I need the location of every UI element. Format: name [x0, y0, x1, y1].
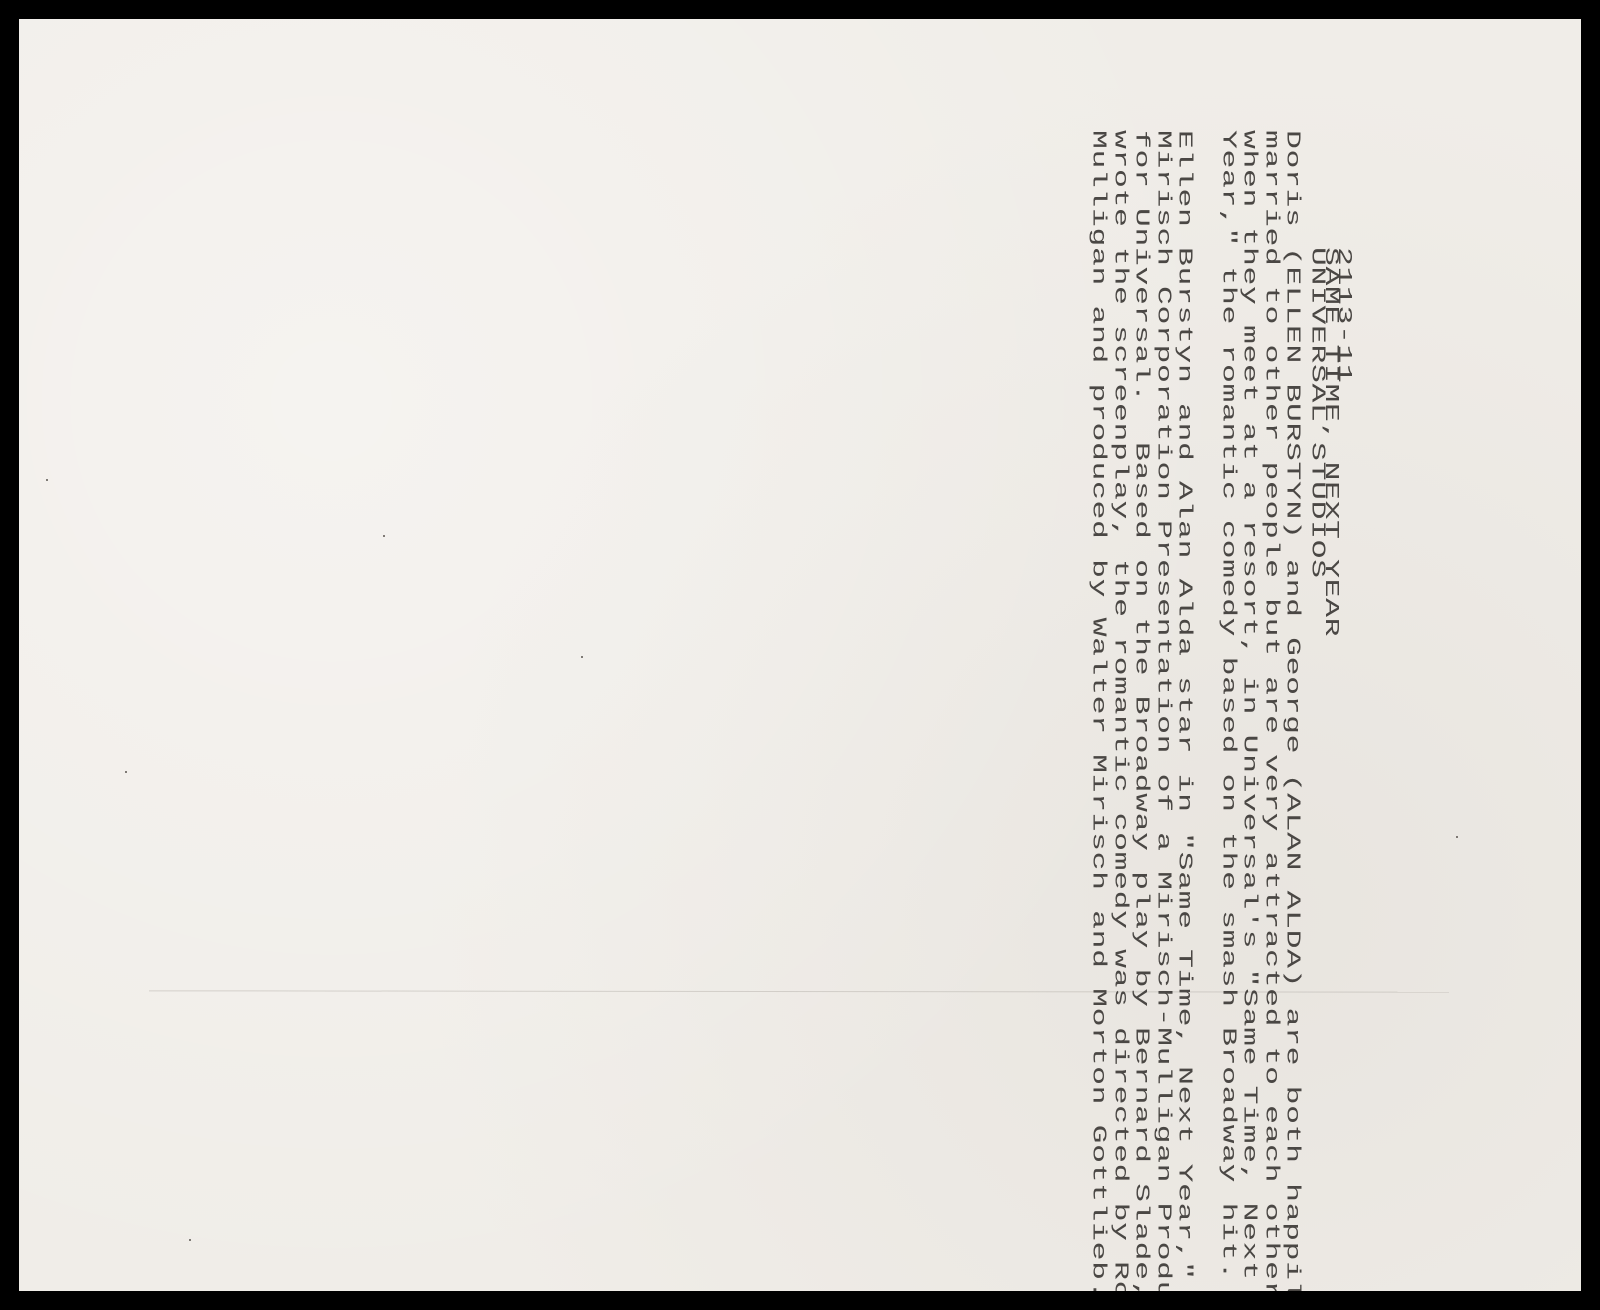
- text-line: married to other people but are very att…: [1264, 130, 1277, 1231]
- text-line: Doris (ELLEN BURSTYN) and George (ALAN A…: [1286, 130, 1299, 1231]
- text-line: Ellen Burstyn and Alan Alda star in "Sam…: [1178, 130, 1191, 1231]
- text-line: when they meet at a resort, in Universal…: [1243, 130, 1256, 1231]
- paragraph-synopsis: Doris (ELLEN BURSTYN) and George (ALAN A…: [1217, 130, 1303, 1231]
- page-header: 2113-11 SAME TIME, NEXT YEAR UNIVERSAL S…: [1351, 130, 1364, 1231]
- text-line: Mirisch Corporation Presentation of a Mi…: [1156, 130, 1169, 1231]
- text-line: wrote the screenplay, the romantic comed…: [1113, 130, 1126, 1231]
- text-line: Year," the romantic comedy based on the …: [1221, 130, 1234, 1231]
- paragraph-credits: Ellen Burstyn and Alan Alda star in "Sam…: [1087, 130, 1195, 1231]
- typed-page: 2113-11 SAME TIME, NEXT YEAR UNIVERSAL S…: [19, 19, 1581, 1291]
- paper-sheet: 2113-11 SAME TIME, NEXT YEAR UNIVERSAL S…: [19, 19, 1581, 1291]
- text-line: Mulligan and produced by Walter Mirisch …: [1092, 130, 1105, 1231]
- studio-name: UNIVERSAL STUDIOS: [1306, 247, 1328, 579]
- text-line: for Universal. Based on the Broadway pla…: [1135, 130, 1148, 1231]
